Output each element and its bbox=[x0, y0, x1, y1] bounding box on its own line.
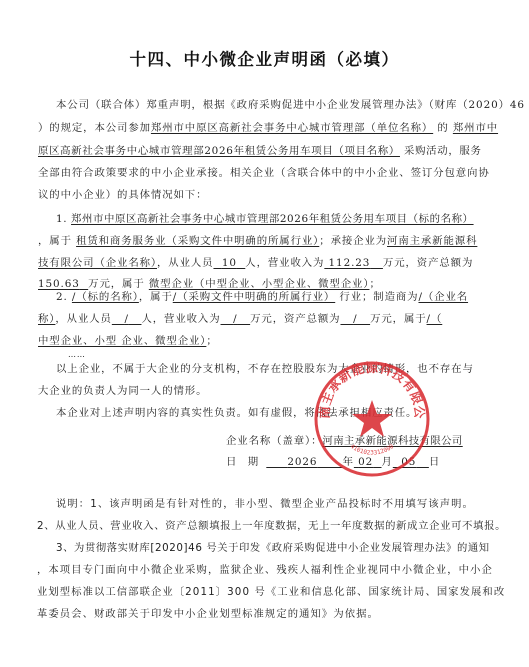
date-label: 日 期 bbox=[226, 456, 262, 468]
year: 2026 bbox=[266, 456, 342, 468]
note-1: 说明：1、该声明函是有针对性的，非小型、微型企业产品投标时不用填写该声明。 bbox=[56, 497, 480, 511]
note-2: 2、从业人员、营业收入、资产总额填报上一年度数据，无上一年度数据的新成立企业可不… bbox=[37, 519, 461, 533]
signature-company-row: 企业名称（盖章）：河南主承新能源科技有限公司 bbox=[226, 434, 466, 448]
intro-line-5: 议的中小企业）的具体情况如下： bbox=[38, 188, 462, 202]
enterprise-size: 微型企业（中型企业、小型企业、微型企业） bbox=[149, 278, 370, 290]
industry: /（采购文件中明确的所属行业） bbox=[173, 291, 335, 303]
revenue: / bbox=[221, 313, 251, 325]
label: 万元，资产总额为 bbox=[250, 313, 340, 325]
note-3-line-4: 革委员会、财政部关于印发中小企业划型标准规定的通知》为依据。 bbox=[37, 607, 461, 621]
ellipsis: …… bbox=[68, 348, 492, 362]
assets-value: / bbox=[353, 313, 357, 325]
intro-text: 本公司（联合体）郑重声明，根据《政府采购促进中小企业发展管理办法》（财库（202… bbox=[56, 99, 529, 111]
label: ，从业人员 bbox=[55, 313, 111, 325]
assets: / bbox=[340, 313, 370, 325]
staff-value: / bbox=[124, 313, 128, 325]
label: ，从业人员 bbox=[157, 257, 213, 269]
item2-row-2: 称），从业人员 / 人，营业收入为 / 万元，资产总额为 / 万元，属于/（ bbox=[38, 312, 462, 326]
intro-line-2: ）的规定，本公司参加郑州市中原区高新社会事务中心城市管理部（单位名称） 的 郑州… bbox=[38, 121, 462, 135]
page-title: 十四、中小微企业声明函（必填） bbox=[0, 46, 529, 70]
label: ； bbox=[369, 278, 380, 290]
label: ，属于 bbox=[139, 291, 173, 303]
maker-name-part2: 称） bbox=[38, 313, 55, 325]
day: 05 bbox=[393, 456, 429, 468]
note-3-line-3: 业划型标准以工信部联企业〔2011〕300 号《工业和信息化部、国家统计局、国家… bbox=[37, 585, 461, 599]
document-page: 十四、中小微企业声明函（必填） 本公司（联合体）郑重声明，根据《政府采购促进中小… bbox=[0, 0, 529, 667]
item1-line-4: 150.63 万元，属于 微型企业（中型企业、小型企业、微型企业）； bbox=[38, 277, 462, 291]
revenue-value: / bbox=[233, 313, 237, 325]
revenue-value: 112.23 bbox=[329, 257, 371, 269]
company-name-part1: 河南主承新能源科 bbox=[387, 235, 477, 247]
month-value: 02 bbox=[358, 456, 373, 468]
note-3-line-2: ，本项目专门面向中小微企业采购，监狱企业、残疾人福利性企业视同中小微企业，中小企 bbox=[37, 563, 461, 577]
declaration-line-1: 以上企业，不属于大企业的分支机构，不存在控股股东为大企业的情形，也不存在与 bbox=[56, 362, 480, 376]
declaration-line-2: 大企业的负责人为同一人的情形。 bbox=[38, 384, 462, 398]
label: 万元，属于 bbox=[370, 313, 426, 325]
label: ，属于 bbox=[38, 235, 72, 247]
assets-value: 150.63 bbox=[38, 278, 80, 290]
item-number: 2. bbox=[56, 291, 68, 303]
label: 月 bbox=[382, 456, 393, 468]
label: 年 bbox=[343, 456, 354, 468]
note-3-line-1: 3、为贯彻落实财库[2020]46 号关于印发《政府采购促进中小企业发展管理办法… bbox=[56, 541, 480, 555]
company-name-part2: 技有限公司（企业名称） bbox=[38, 257, 157, 269]
label: 万元，属于 bbox=[88, 278, 144, 290]
project-name-part2: 原区高新社会事务中心城市管理部2026年租赁公务用车项目（项目名称） bbox=[38, 145, 400, 157]
company-label: 企业名称（盖章）： bbox=[226, 435, 322, 447]
intro-line-4: 全部由符合政策要求的中小企业承接。相关企业（含联合体中的中小企业、签订分包意向协 bbox=[38, 166, 462, 180]
intro-text: 采购活动，服务 bbox=[404, 145, 482, 157]
responsibility-statement: 本企业对上述声明内容的真实性负责。如有虚假，将依法承担相应责任。 bbox=[56, 406, 480, 420]
industry: 租赁和商务服务业（采购文件中明确的所属行业） bbox=[76, 235, 319, 247]
year-value: 2026 bbox=[287, 456, 317, 468]
label: 人，营业收入为 bbox=[245, 257, 324, 269]
assets: 150.63 bbox=[38, 278, 88, 290]
intro-text: ）的规定，本公司参加 bbox=[38, 122, 151, 134]
item1-line-2: ，属于 租赁和商务服务业（采购文件中明确的所属行业）；承接企业为河南主承新能源科 bbox=[38, 234, 462, 248]
project-name-part1: 郑州市中 bbox=[453, 122, 498, 134]
label: ； bbox=[206, 335, 217, 347]
enterprise-size-part1: /（ bbox=[427, 313, 443, 325]
label: 行业；制造商为 bbox=[339, 291, 418, 303]
label: 人，营业收入为 bbox=[141, 313, 220, 325]
item2-row-3: 中型企业、小型 企业、微型企业）； bbox=[38, 334, 462, 348]
intro-line-1: 本公司（联合体）郑重声明，根据《政府采购促进中小企业发展管理办法》（财库（202… bbox=[56, 98, 480, 112]
staff-count: 10 bbox=[213, 257, 245, 269]
subject-name: 郑州市中原区高新社会事务中心城市管理部2026年租赁公务用车项目（标的名称） bbox=[71, 213, 474, 225]
enterprise-size-part2: 中型企业、小型 企业、微型企业） bbox=[38, 335, 206, 347]
item1-line-1: 1. 郑州市中原区高新社会事务中心城市管理部2026年租赁公务用车项目（标的名称… bbox=[56, 212, 480, 226]
label: 日 bbox=[429, 456, 440, 468]
item2-row-1: 2. /（标的名称），属于/（采购文件中明确的所属行业） 行业；制造商为/（企业… bbox=[56, 290, 480, 304]
revenue: 112.23 bbox=[324, 257, 383, 269]
label: 万元，资产总额为 bbox=[383, 257, 473, 269]
intro-text: 的 bbox=[437, 122, 448, 134]
staff-count: / bbox=[112, 313, 142, 325]
staff-value: 10 bbox=[222, 257, 237, 269]
month: 02 bbox=[354, 456, 382, 468]
item1-line-3: 技有限公司（企业名称），从业人员 10 人，营业收入为 112.23 万元，资产… bbox=[38, 256, 462, 270]
day-value: 05 bbox=[401, 456, 416, 468]
item-number: 1. bbox=[56, 213, 67, 225]
company-name: 河南主承新能源科技有限公司 bbox=[322, 435, 462, 447]
maker-name-part1: /（企业名 bbox=[418, 291, 468, 303]
subject-name: /（标的名称） bbox=[72, 291, 139, 303]
intro-line-3: 原区高新社会事务中心城市管理部2026年租赁公务用车项目（项目名称） 采购活动，… bbox=[38, 144, 462, 158]
signature-date-row: 日 期 2026 年 02 月 05 日 bbox=[226, 455, 466, 469]
unit-name: 郑州市中原区高新社会事务中心城市管理部（单位名称） bbox=[151, 122, 433, 134]
label: ；承接企业为 bbox=[319, 235, 387, 247]
